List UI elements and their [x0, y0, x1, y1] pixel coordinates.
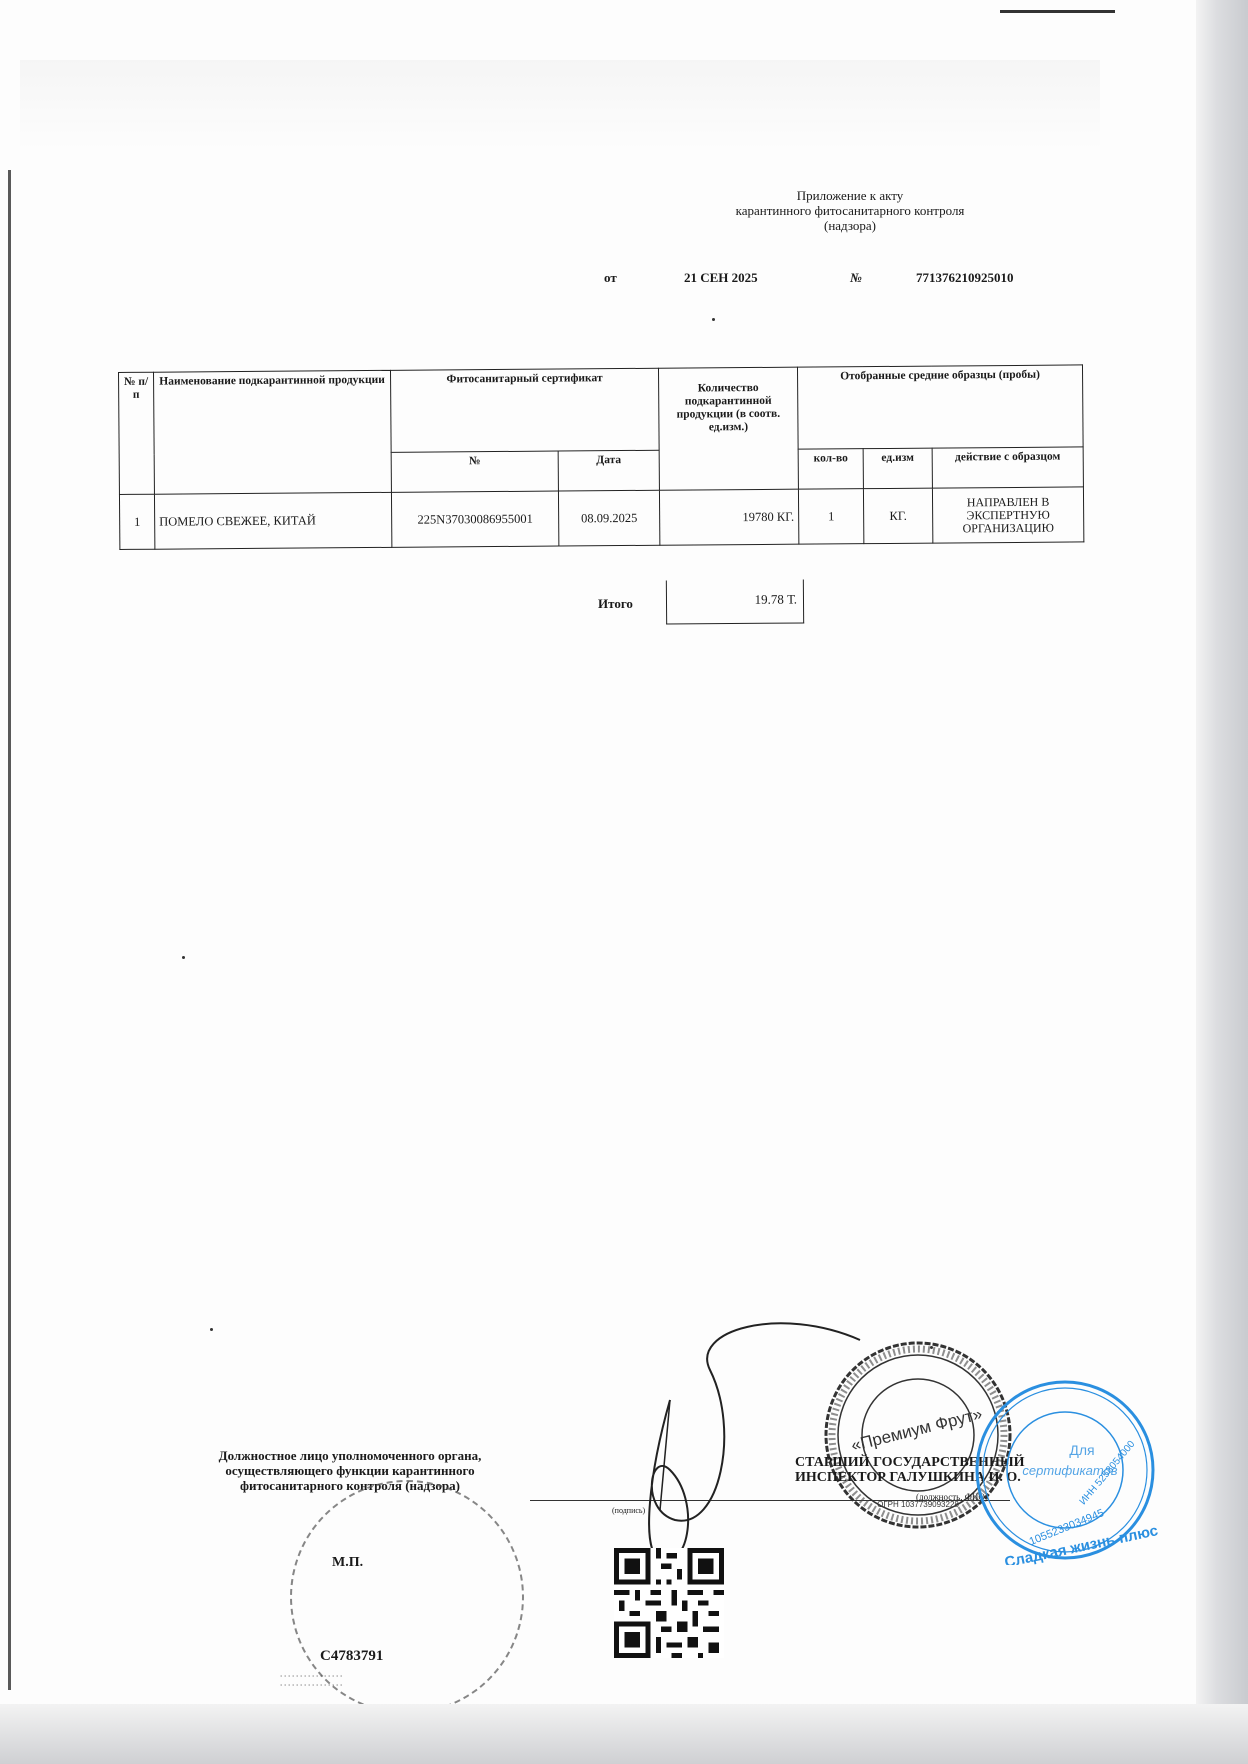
- table-header-row: № п/п Наименование подкарантинной продук…: [119, 365, 1084, 455]
- cell-quantity: 19780 КГ.: [659, 489, 798, 545]
- form-print-info: · · · · · · · · · · · · · · · · · · · · …: [280, 1672, 342, 1690]
- form-serial: С4783791: [320, 1648, 383, 1665]
- stamp-center-line: Для: [1069, 1442, 1094, 1458]
- act-number-label: №: [850, 270, 862, 286]
- act-date: 21 СЕН 2025: [684, 270, 758, 286]
- qr-code: [614, 1548, 724, 1658]
- header-sample-qty: кол-во: [798, 449, 863, 490]
- scan-shadow: [0, 1704, 1248, 1764]
- cell-cert-number: 225N37030086955001: [391, 491, 558, 547]
- appendix-header: Приложение к акту карантинного фитосанит…: [660, 188, 1040, 233]
- act-number: 771376210925010: [916, 270, 1014, 286]
- cell-num: 1: [119, 494, 154, 549]
- company-stamp-blue: Для сертификатов 1055233034945 ИНН 52580…: [970, 1375, 1160, 1565]
- scan-shadow: [1196, 0, 1248, 1764]
- stamp-company-name: «Премиум Фрут»: [849, 1404, 984, 1455]
- official-caption: Должностное лицо уполномоченного органа,…: [190, 1448, 510, 1493]
- header-line: (надзора): [660, 218, 1040, 233]
- scan-artifact: [20, 60, 1100, 150]
- total-label: Итого: [598, 596, 633, 612]
- document-page: Приложение к акту карантинного фитосанит…: [0, 0, 1248, 1764]
- scan-edge-line: [8, 170, 11, 1690]
- cell-sample-action: НАПРАВЛЕН В ЭКСПЕРТНУЮ ОРГАНИЗАЦИЮ: [932, 487, 1083, 543]
- seal-label: М.П.: [332, 1555, 363, 1571]
- header-cert-date: Дата: [558, 450, 659, 491]
- total-value-box: 19.78 Т.: [666, 579, 804, 624]
- samples-table: № п/п Наименование подкарантинной продук…: [118, 364, 1084, 550]
- stamp-company-name: Сладкая жизнь плюс: [1003, 1522, 1159, 1565]
- act-from-label: от: [604, 270, 617, 286]
- scan-speck: [182, 956, 185, 959]
- header-quantity: Количество подкарантинной продукции (в с…: [658, 367, 798, 490]
- header-name: Наименование подкарантинной продукции: [154, 370, 392, 494]
- cell-sample-unit: КГ.: [863, 488, 932, 544]
- scan-edge-line: [1000, 10, 1115, 13]
- header-samples: Отобранные средние образцы (пробы): [797, 365, 1083, 449]
- header-cert-number: №: [391, 451, 558, 492]
- header-certificate: Фитосанитарный сертификат: [390, 368, 659, 452]
- header-sample-action: действие с образцом: [932, 447, 1083, 488]
- cell-sample-qty: 1: [798, 489, 863, 545]
- scan-speck: [210, 1328, 213, 1331]
- header-line: Приложение к акту: [660, 188, 1040, 203]
- cell-cert-date: 08.09.2025: [558, 490, 659, 546]
- scan-speck: [712, 318, 715, 321]
- cell-name: ПОМЕЛО СВЕЖЕЕ, КИТАЙ: [154, 492, 391, 549]
- header-sample-unit: ед.изм: [863, 448, 932, 489]
- total-value: 19.78 Т.: [755, 592, 798, 608]
- header-num: № п/п: [119, 372, 155, 494]
- table-row: 1 ПОМЕЛО СВЕЖЕЕ, КИТАЙ 225N3703008695500…: [119, 487, 1083, 550]
- header-line: карантинного фитосанитарного контроля: [660, 203, 1040, 218]
